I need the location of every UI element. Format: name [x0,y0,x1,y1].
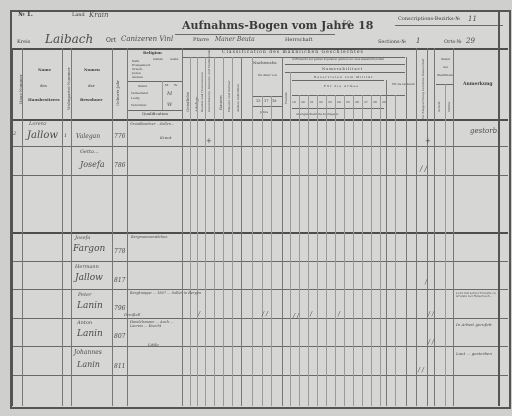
col-line [386,80,387,406]
age-col: 27 [364,101,368,104]
col-line [290,72,291,406]
col-line [112,48,113,406]
divider [395,25,503,26]
stand-col: W. [174,84,178,87]
qualification: Grundbesitzer ...Sollen... [130,123,174,127]
col-name-l2: des [40,84,47,88]
col-line [362,95,363,406]
col-line [326,95,327,406]
divider [292,80,384,81]
col-namen-l3: Bewohner [80,98,103,102]
divider [175,34,335,35]
qualification-label: Qualification [142,112,168,116]
bewohner-first: Peter [78,293,91,298]
religion-col: männl. [153,58,163,61]
age-col: 24 [337,101,341,104]
anmerkung-note: Laut ... gestorben [456,352,496,356]
tally-mark: / [338,312,340,318]
age-col: 25 [346,101,350,104]
bewohner-last: Fargon [73,245,105,254]
partei: 1 [64,134,67,139]
col-line [406,57,407,406]
land-value: Krain [89,12,109,19]
age-col: 23 [328,101,332,104]
stand-value-m: M [167,92,172,97]
tally-mark: / / [420,166,427,173]
col-line [335,95,336,406]
kreis-label: Kreis [17,40,30,45]
nachwuchs-age: 15 [256,100,260,104]
pfarre-value: Maner Beuta [215,37,255,43]
bewohner-last: Jallow [75,274,103,283]
divider [252,106,282,107]
col-line [427,48,428,406]
col-line [371,95,372,406]
besitzer-last: Jallow [27,131,58,141]
tally-mark: / / [428,312,434,318]
ort-value: Canizeren Vinl [121,36,173,43]
nachwuchs-title: Nachwuchs [253,61,277,65]
divider [128,81,182,82]
class-col: Gewerbsleute, Künstler und Studierende [207,50,211,112]
class-col: Häusler und Gärtner [227,80,231,112]
col-line [197,57,198,406]
sheet-number: № 1. [18,12,33,18]
col-line [498,10,500,406]
qualification-2: Dreißell [124,313,140,317]
conscription-label: Conscriptions-Bezirks-№ [398,17,460,22]
stand-stadt-l2: der [443,66,448,69]
herrschaft-label: Herrschaft [285,38,313,43]
tally-mark: / / [293,314,299,320]
anmerkung-note: In Arbeit gerufett [456,323,496,327]
classification-title: Classification des männlichen Geschlecht… [222,51,364,56]
land-label: Land [72,13,85,18]
besitzer-first: Lorenz [29,122,47,127]
religion-col: weibl. [170,58,179,61]
col-line [162,81,163,110]
col-line [214,57,215,406]
sections-value: 1 [416,38,420,45]
class-col: Andere Individuen [236,84,240,112]
pfarre-label: Pfarre [193,38,209,43]
anmerkung-note: gestorb. [470,128,499,135]
col-line [299,95,300,406]
bewohner-last: Josefa [80,161,105,169]
bewohner-first: Anton [77,321,92,326]
tally-mark: / [198,312,200,318]
stand-row: Verwitwet [131,104,146,107]
col-line [71,48,72,406]
numerabilitaet: Numerabilitaet [322,68,363,72]
divider [285,72,405,73]
col-line [271,96,272,406]
col-line [317,95,318,406]
col-line [453,48,454,406]
bewohner-last: Lanin [77,330,103,339]
bewohner-first: Johannes [74,350,102,356]
col-line [205,57,206,406]
kreis-value: Laibach [45,33,93,45]
sections-label: Sections-№ [378,40,406,45]
zur-reserve: Zur Einquartirung berufene Mannschaft [421,59,425,121]
col-namen-l1: Namen [84,68,100,72]
stand-col: M. [165,84,169,87]
qualification-2: Little [148,343,159,347]
col-line [344,95,345,406]
anmerkung-note: Lebt mit seiner Familie zu Graiste bei R… [456,292,496,298]
col-line [445,84,446,406]
nachwuchs-sub: Im Alter von [258,74,277,77]
geburtsjahr: 786 [114,163,125,169]
religion-title: Religion [143,51,162,55]
tally-mark: / / [418,368,424,374]
geburtsjahr: 817 [114,278,125,284]
sub-title: In Rücksicht der ganzen Population gehör… [292,59,384,62]
tally-mark: / / [428,340,434,346]
qualification: Bergknappe ... 1807 ... Sollen in Bergen [130,292,201,296]
anmerkung-header: Anmerkung [463,83,493,88]
col-line [22,48,23,406]
col-line [282,57,283,406]
tally-mark: / [310,312,312,318]
col-line [395,95,396,406]
stand-value-w: W [167,103,172,108]
stand-stadt-l3: Stadttheile [437,74,454,77]
reservisten: Reservisten zum Militär [314,76,374,79]
divider [252,96,282,97]
age-col: 28 [373,101,377,104]
qualification-2: Kraut [160,136,171,140]
conscription-value: 11 [468,16,477,23]
col-line [308,95,309,406]
religion-row: Andere [132,76,143,79]
tally-mark: + [425,138,431,145]
bewohner-first: Valegan [76,134,100,140]
col-line [262,96,263,406]
col-line [434,48,435,406]
qualification: Bergmannsmädchen [131,236,167,240]
stand-row: Verheiratet [131,92,148,95]
geburtsjahr: 811 [114,364,125,370]
age-col: 21 [310,101,314,104]
col-line [190,57,191,406]
class-col: Beamte und Honoratioren [200,72,204,112]
age-col: 26 [355,101,359,104]
bewohner-first: Getta... [80,150,99,155]
geburtsjahr: 776 [114,134,125,140]
stand-label: Stand [138,85,147,88]
orts-value: 29 [466,38,475,45]
divider [285,64,405,65]
col-line [380,95,381,406]
fuer-die-armee: Für die Armee [324,85,359,88]
tally-mark: / [425,280,427,286]
stand-sub: Militär [447,102,451,112]
stand-stadt-l1: Stand [441,58,450,61]
age-col: 22 [319,101,323,104]
stand-sub: Schutz [437,102,441,112]
tally-mark: + [206,138,212,145]
orts-label: Orts-№ [444,40,462,45]
haus-nr: 2 [13,132,16,137]
col-line [223,57,224,406]
bewohner-first: Hermann [75,265,99,270]
bewohner-last: Lanin [77,361,100,369]
col-line [11,48,13,406]
col-namen-l2: der [88,84,95,88]
col-line [353,95,354,406]
fremde: Fremde [284,92,288,104]
ort-label: Ort [106,38,116,44]
col-line [252,57,253,406]
bewohner-first: Josefa [75,236,90,241]
age-col: 20 [301,101,305,104]
col-name-l1: Name [38,68,51,72]
col-line [241,57,242,406]
col-geburtsjahr: Geburts-Jahr [115,80,120,106]
age-col: 19 [292,101,296,104]
col-line [127,48,128,406]
geburtsjahr: 778 [114,249,125,255]
geburtsjahr: 807 [114,334,125,340]
nachwuchs-age: 18 [272,100,276,104]
qualification: Handelsmann ... Auch ... Lacreis ... Kne… [130,321,180,328]
col-name-l3: Hausbesitzers [28,98,60,102]
col-line [182,48,183,406]
tally-mark: / / [262,312,268,318]
col-line [62,48,63,406]
col-line [232,57,233,406]
stand-row: Ledig [131,97,140,100]
fuer-landwehr: Für die Landwehr [392,84,415,87]
divider [182,57,405,58]
bewohner-last: Lanin [77,302,103,311]
nachwuchs-age: 17 [264,100,268,104]
col-line [416,48,417,406]
year-value: 50 [342,21,351,28]
